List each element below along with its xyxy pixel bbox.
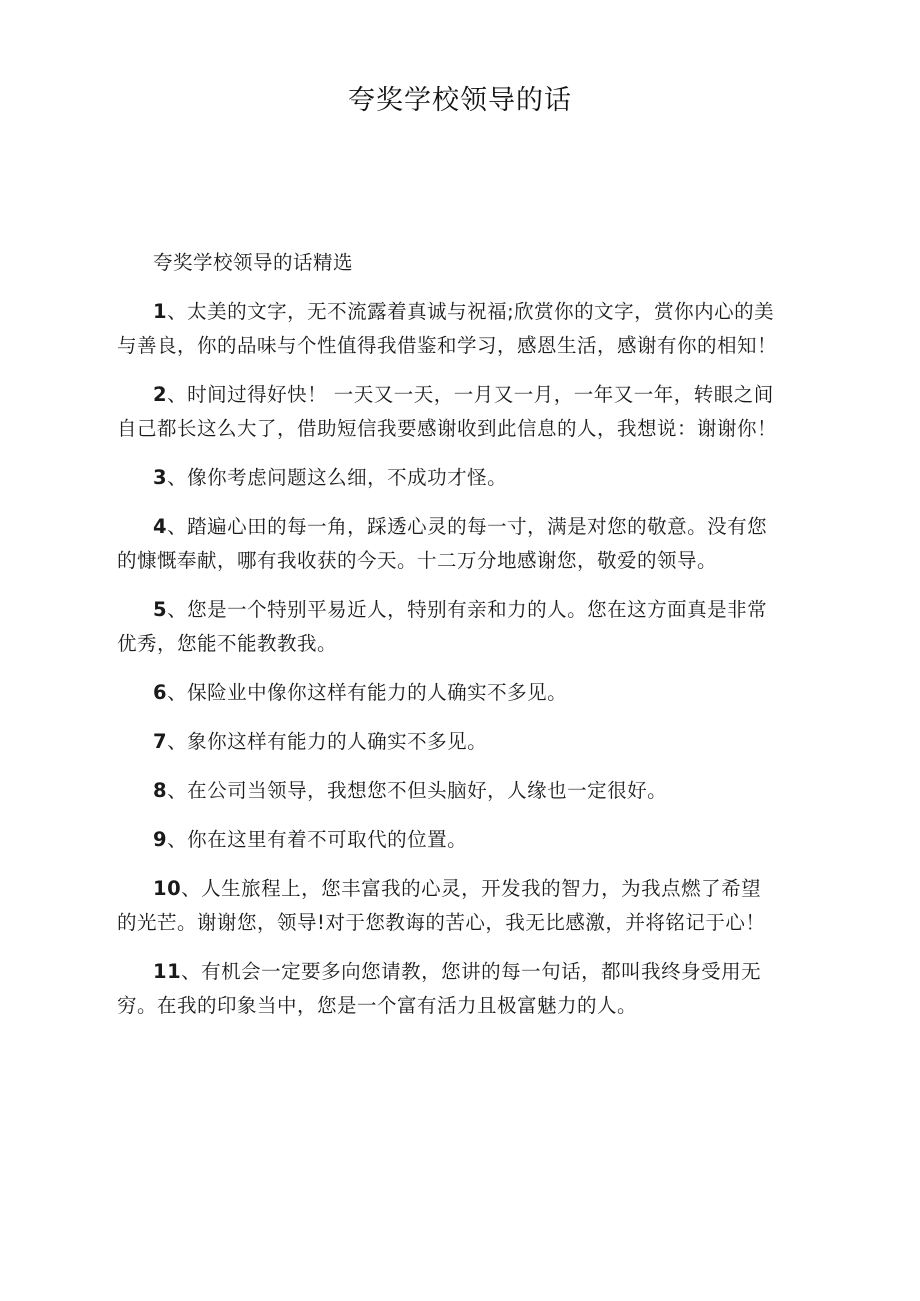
document-title: 夸奖学校领导的话: [0, 78, 920, 117]
list-item: 1、太美的文字，无不流露着真诚与祝福;欣赏你的文字，赏你内心的美与善良，你的品味…: [117, 295, 781, 363]
item-number: 3: [153, 466, 167, 489]
item-number: 11: [153, 960, 181, 983]
item-text: 、人生旅程上，您丰富我的心灵，开发我的智力，为我点燃了希望的光芒。谢谢您，领导!…: [117, 877, 765, 934]
list-item: 2、时间过得好快！ 一天又一天，一月又一月，一年又一年，转眼之间自己都长这么大了…: [117, 378, 781, 446]
item-text: 、太美的文字，无不流露着真诚与祝福;欣赏你的文字，赏你内心的美与善良，你的品味与…: [117, 300, 777, 357]
list-item: 7、象你这样有能力的人确实不多见。: [117, 725, 781, 759]
list-item: 6、保险业中像你这样有能力的人确实不多见。: [117, 676, 781, 710]
item-text: 、你在这里有着不可取代的位置。: [167, 828, 467, 851]
item-text: 、保险业中像你这样有能力的人确实不多见。: [167, 681, 567, 704]
item-number: 5: [153, 598, 167, 621]
list-item: 9、你在这里有着不可取代的位置。: [117, 823, 781, 857]
item-text: 、象你这样有能力的人确实不多见。: [167, 730, 487, 753]
list-item: 11、有机会一定要多向您请教，您讲的每一句话，都叫我终身受用无穷。在我的印象当中…: [117, 955, 781, 1023]
list-item: 5、您是一个特别平易近人，特别有亲和力的人。您在这方面真是非常优秀，您能不能教教…: [117, 593, 781, 661]
item-text: 、在公司当领导，我想您不但头脑好，人缘也一定很好。: [167, 779, 667, 802]
document-body: 夸奖学校领导的话精选 1、太美的文字，无不流露着真诚与祝福;欣赏你的文字，赏你内…: [117, 246, 781, 1038]
item-number: 1: [153, 300, 167, 323]
item-number: 9: [153, 828, 167, 851]
item-number: 4: [153, 515, 167, 538]
item-number: 10: [153, 877, 181, 900]
item-text: 、像你考虑问题这么细，不成功才怪。: [167, 466, 507, 489]
document-subtitle: 夸奖学校领导的话精选: [117, 246, 781, 280]
list-item: 8、在公司当领导，我想您不但头脑好，人缘也一定很好。: [117, 774, 781, 808]
item-text: 、有机会一定要多向您请教，您讲的每一句话，都叫我终身受用无穷。在我的印象当中，您…: [117, 960, 761, 1017]
item-text: 、踏遍心田的每一角，踩透心灵的每一寸，满是对您的敬意。没有您的慷慨奉献，哪有我收…: [117, 515, 767, 572]
list-item: 10、人生旅程上，您丰富我的心灵，开发我的智力，为我点燃了希望的光芒。谢谢您，领…: [117, 872, 781, 940]
item-number: 8: [153, 779, 167, 802]
item-text: 、您是一个特别平易近人，特别有亲和力的人。您在这方面真是非常优秀，您能不能教教我…: [117, 598, 767, 655]
item-number: 7: [153, 730, 167, 753]
item-text: 、时间过得好快！ 一天又一天，一月又一月，一年又一年，转眼之间自己都长这么大了，…: [117, 383, 777, 440]
list-item: 4、踏遍心田的每一角，踩透心灵的每一寸，满是对您的敬意。没有您的慷慨奉献，哪有我…: [117, 510, 781, 578]
item-number: 2: [153, 383, 167, 406]
list-item: 3、像你考虑问题这么细，不成功才怪。: [117, 461, 781, 495]
item-number: 6: [153, 681, 167, 704]
